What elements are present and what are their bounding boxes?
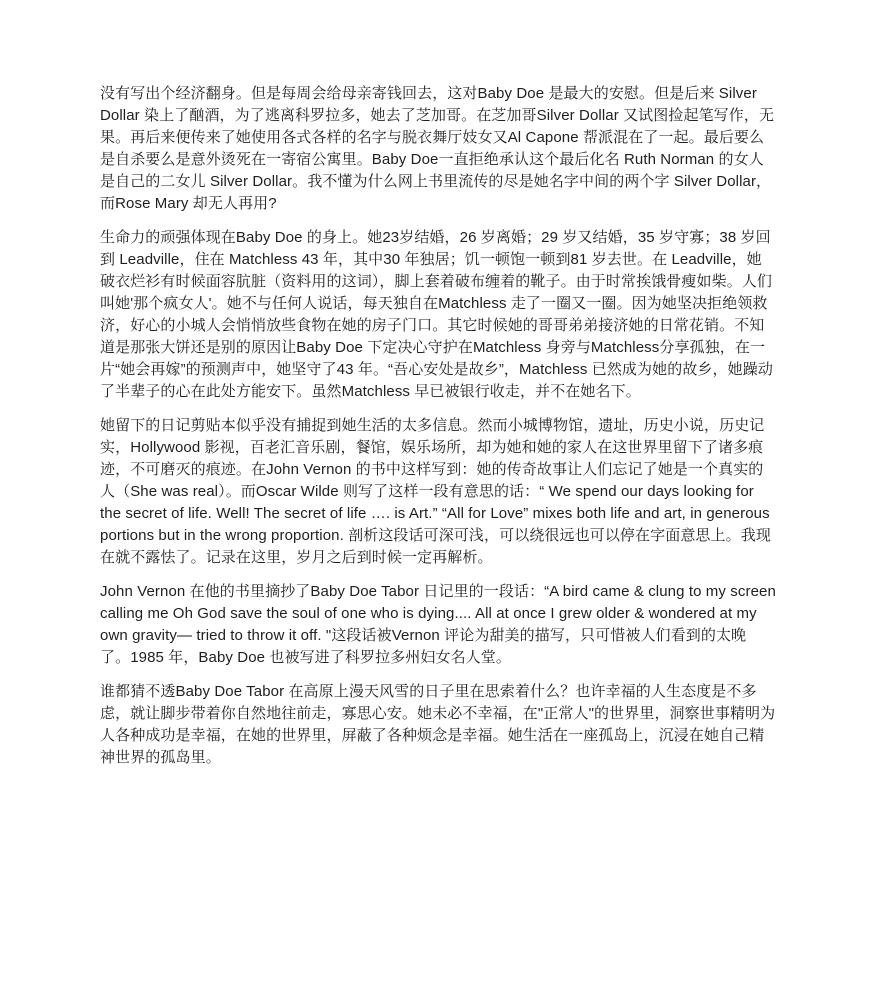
document-page: 没有写出个经济翻身。但是每周会给母亲寄钱回去，这对Baby Doe 是最大的安慰…: [0, 0, 872, 1000]
paragraph-5: 谁都猜不透Baby Doe Tabor 在高原上漫天风雪的日子里在思索着什么？也…: [100, 681, 776, 769]
paragraph-3: 她留下的日记剪贴本似乎没有捕捉到她生活的太多信息。然而小城博物馆，遗址，历史小说…: [100, 415, 776, 569]
paragraph-4: John Vernon 在他的书里摘抄了Baby Doe Tabor 日记里的一…: [100, 581, 776, 669]
article-body: 没有写出个经济翻身。但是每周会给母亲寄钱回去，这对Baby Doe 是最大的安慰…: [0, 0, 872, 769]
paragraph-1: 没有写出个经济翻身。但是每周会给母亲寄钱回去，这对Baby Doe 是最大的安慰…: [100, 83, 776, 215]
paragraph-2: 生命力的顽强体现在Baby Doe 的身上。她23岁结婚，26 岁离婚；29 岁…: [100, 227, 776, 403]
